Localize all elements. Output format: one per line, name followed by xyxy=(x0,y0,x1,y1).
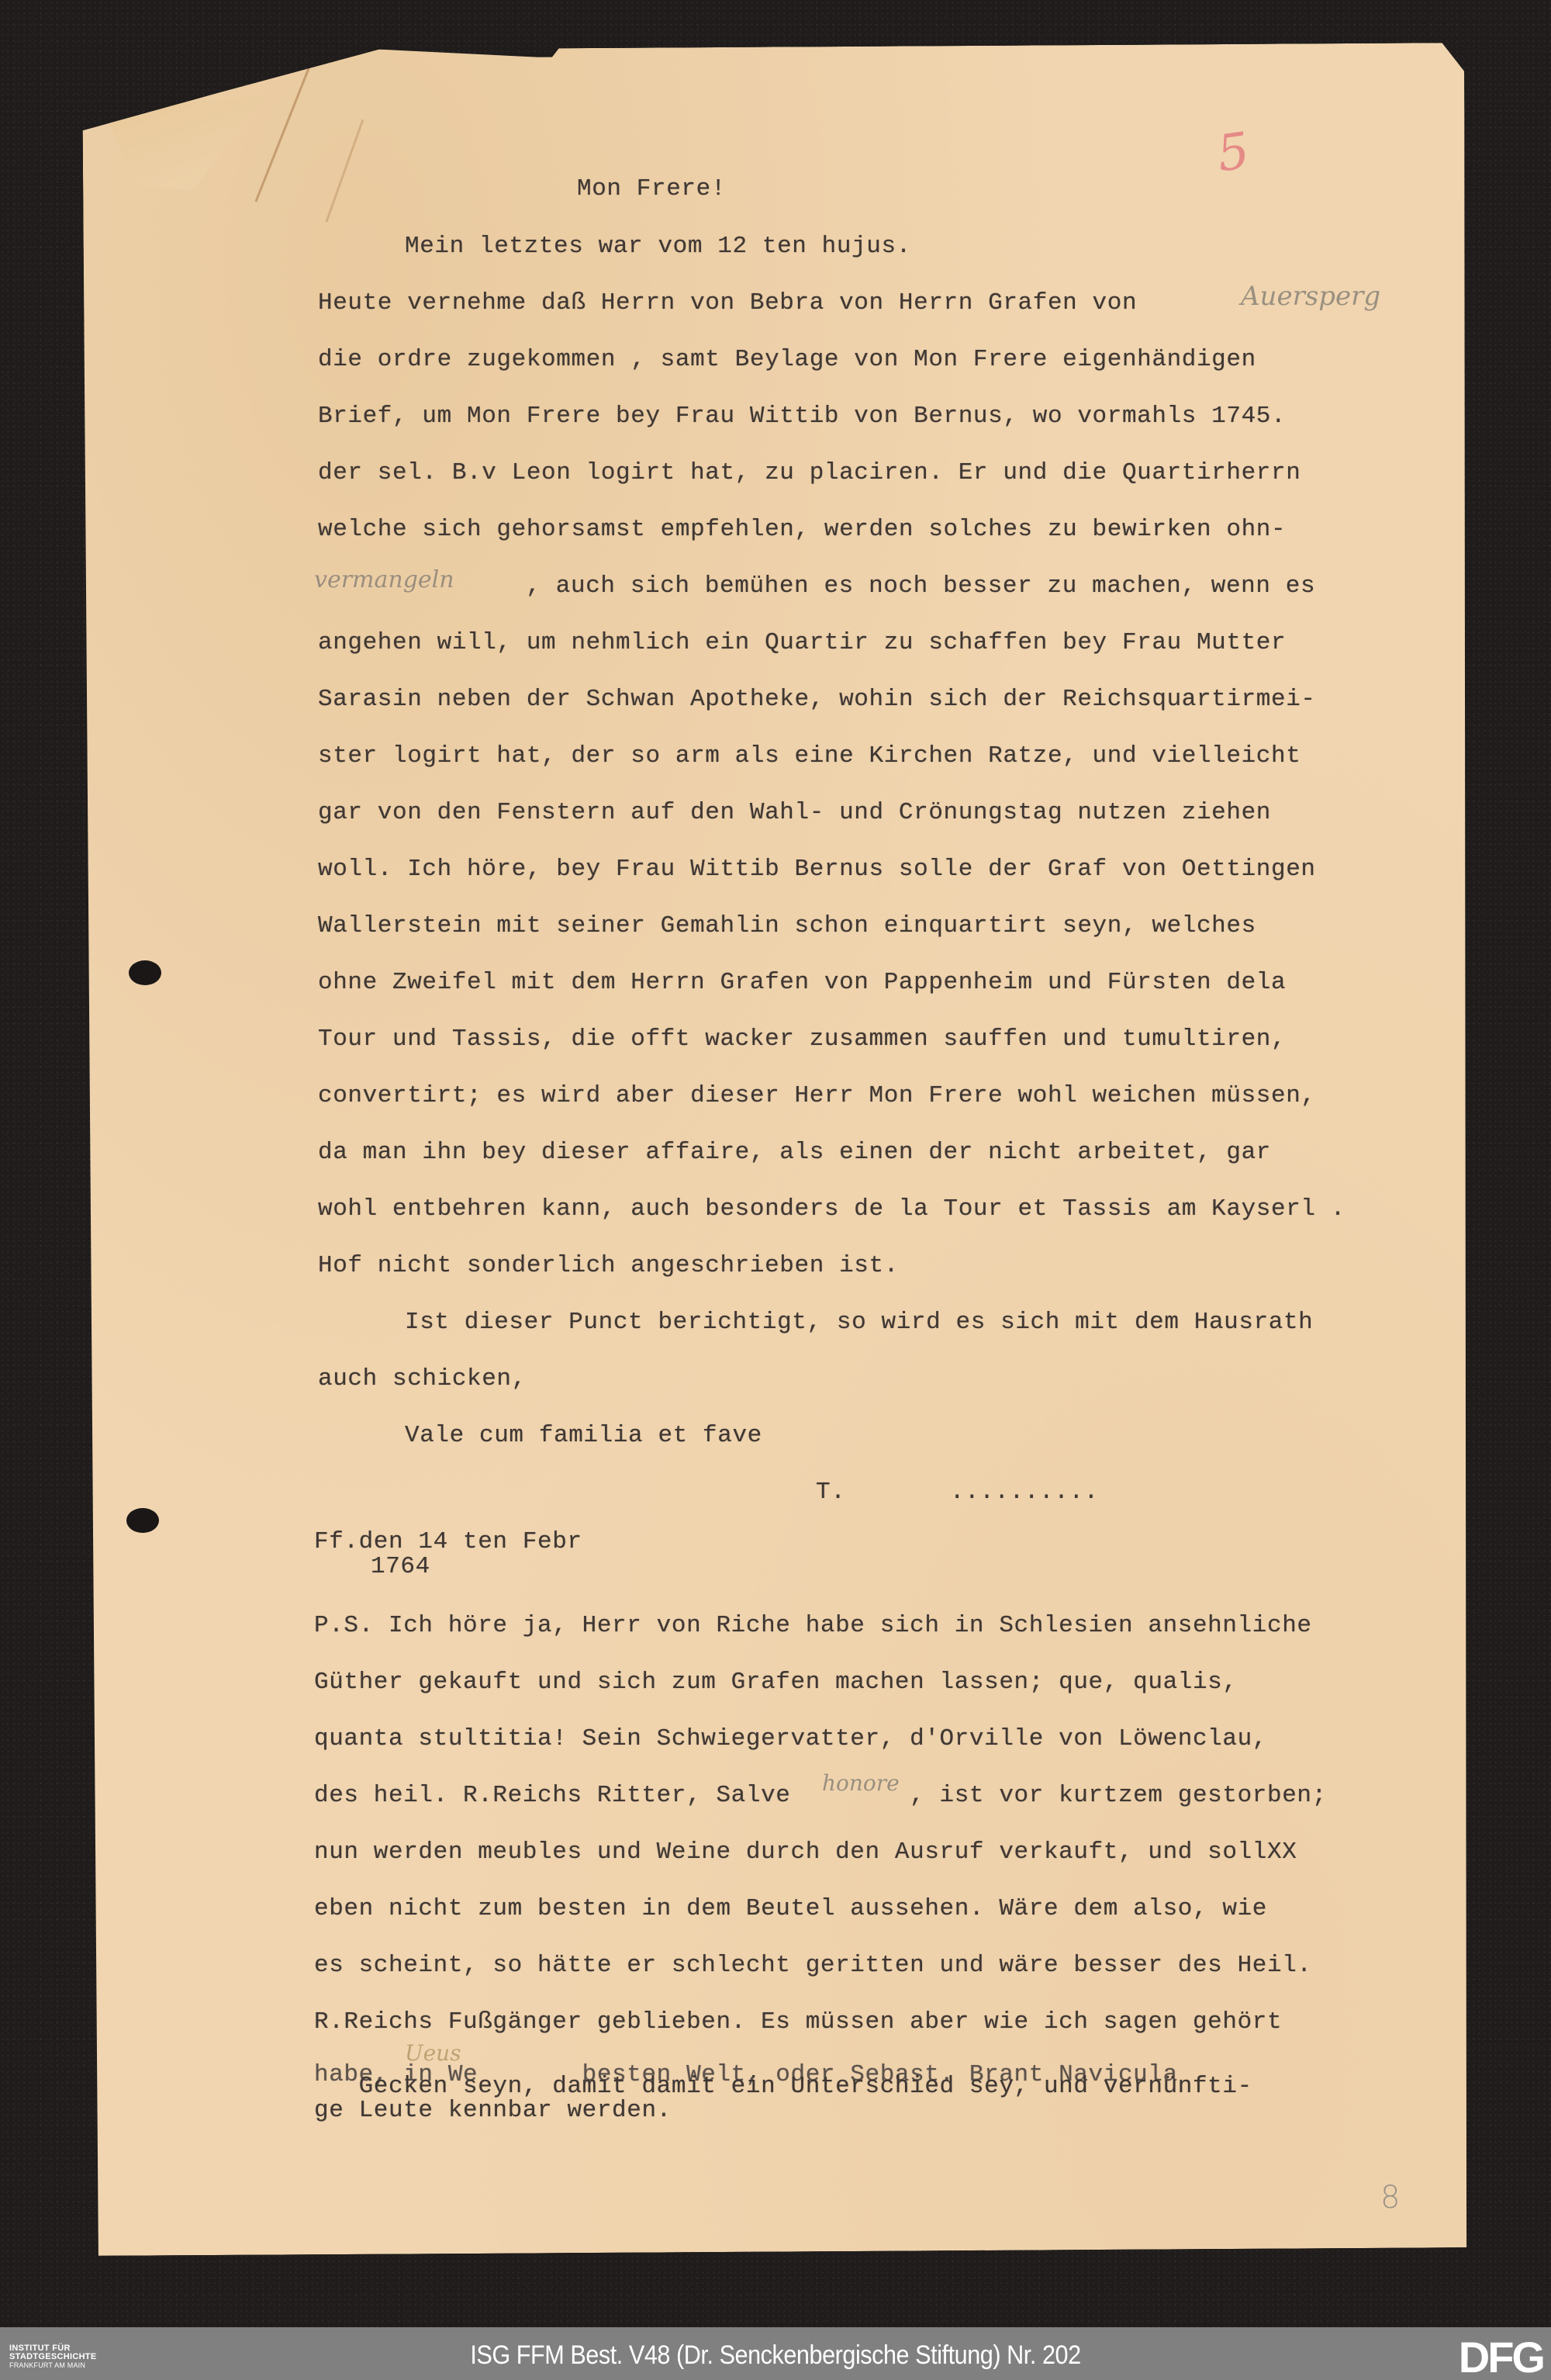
dateline-place-date: Ff.den 14 ten Febr xyxy=(314,1528,582,1555)
salutation: Mon Frere! xyxy=(577,175,726,202)
postscript-line: des heil. R.Reichs Ritter, Salve , ist v… xyxy=(314,1782,1327,1809)
archive-reference-title: ISG FFM Best. V48 (Dr. Senckenbergische … xyxy=(78,2340,1473,2371)
body-line: da man ihn bey dieser affaire, als einen… xyxy=(318,1139,1271,1166)
postscript-line: P.S. Ich höre ja, Herr von Riche habe si… xyxy=(314,1612,1312,1639)
body-line: Brief, um Mon Frere bey Frau Wittib von … xyxy=(318,403,1286,430)
dfg-logo: DFG xyxy=(1459,2339,1543,2376)
body-line: Tour und Tassis, die offt wacker zusamme… xyxy=(318,1026,1286,1053)
handwritten-annotation: Auersperg xyxy=(1241,281,1380,312)
body-line: angehen will, um nehmlich ein Quartir zu… xyxy=(318,629,1286,656)
body-line: Hof nicht sonderlich angeschrieben ist. xyxy=(318,1252,899,1279)
postscript-line: Gecken seyn, damit damit ein Unterschied… xyxy=(314,2073,1252,2100)
crease-line xyxy=(255,50,317,202)
postscript-line: es scheint, so hätte er schlecht geritte… xyxy=(314,1952,1312,1979)
crease-line xyxy=(325,119,364,223)
dateline-year: 1764 xyxy=(371,1553,430,1580)
body-line: woll. Ich höre, bey Frau Wittib Bernus s… xyxy=(318,856,1316,883)
body-line: Heute vernehme daß Herrn von Bebra von H… xyxy=(318,289,1137,317)
body-line: Wallerstein mit seiner Gemahlin schon ei… xyxy=(318,912,1256,939)
postscript-line: nun werden meubles und Weine durch den A… xyxy=(314,1839,1297,1866)
body-line: welche sich gehorsamst empfehlen, werden… xyxy=(318,516,1286,543)
punch-hole-bottom xyxy=(126,1508,159,1533)
body-line: convertirt; es wird aber dieser Herr Mon… xyxy=(318,1082,1316,1109)
body-line: Sarasin neben der Schwan Apotheke, wohin… xyxy=(318,686,1316,713)
signature: T. .......... xyxy=(816,1479,1099,1506)
body-line: der sel. B.v Leon logirt hat, zu placire… xyxy=(318,459,1301,486)
archive-page-number-pencil: 8 xyxy=(1380,2180,1400,2216)
body-line: Ist dieser Punct berichtigt, so wird es … xyxy=(405,1309,1313,1336)
body-line: gar von den Fenstern auf den Wahl- und C… xyxy=(318,799,1271,826)
postscript-line: R.Reichs Fußgänger geblieben. Es müssen … xyxy=(314,2008,1282,2036)
postscript-line: eben nicht zum besten in dem Beutel auss… xyxy=(314,1895,1267,1922)
body-line: auch schicken, xyxy=(318,1365,527,1392)
body-line: ster logirt hat, der so arm als eine Kir… xyxy=(318,742,1301,770)
postscript-line: ge Leute kennbar werden. xyxy=(314,2097,672,2124)
handwritten-annotation: honore xyxy=(822,1770,900,1796)
folded-corner xyxy=(102,97,266,191)
postscript-line: quanta stultitia! Sein Schwiegervatter, … xyxy=(314,1725,1267,1752)
body-line: ohne Zweifel mit dem Herrn Grafen von Pa… xyxy=(318,969,1286,996)
punch-hole-top xyxy=(129,960,161,985)
handwritten-annotation: vermangeln xyxy=(314,566,454,593)
body-line: die ordre zugekommen , samt Beylage von … xyxy=(318,346,1256,373)
body-line: , auch sich bemühen es noch besser zu ma… xyxy=(496,573,1315,600)
body-line: Mein letztes war vom 12 ten hujus. xyxy=(405,233,911,260)
postscript-line: Güther gekauft und sich zum Grafen mache… xyxy=(314,1669,1238,1696)
archive-footer-bar: INSTITUT FÜR STADTGESCHICHTE FRANKFURT A… xyxy=(0,2327,1551,2380)
closing-line: Vale cum familia et fave xyxy=(405,1422,762,1449)
body-line: wohl entbehren kann, auch besonders de l… xyxy=(318,1195,1345,1223)
